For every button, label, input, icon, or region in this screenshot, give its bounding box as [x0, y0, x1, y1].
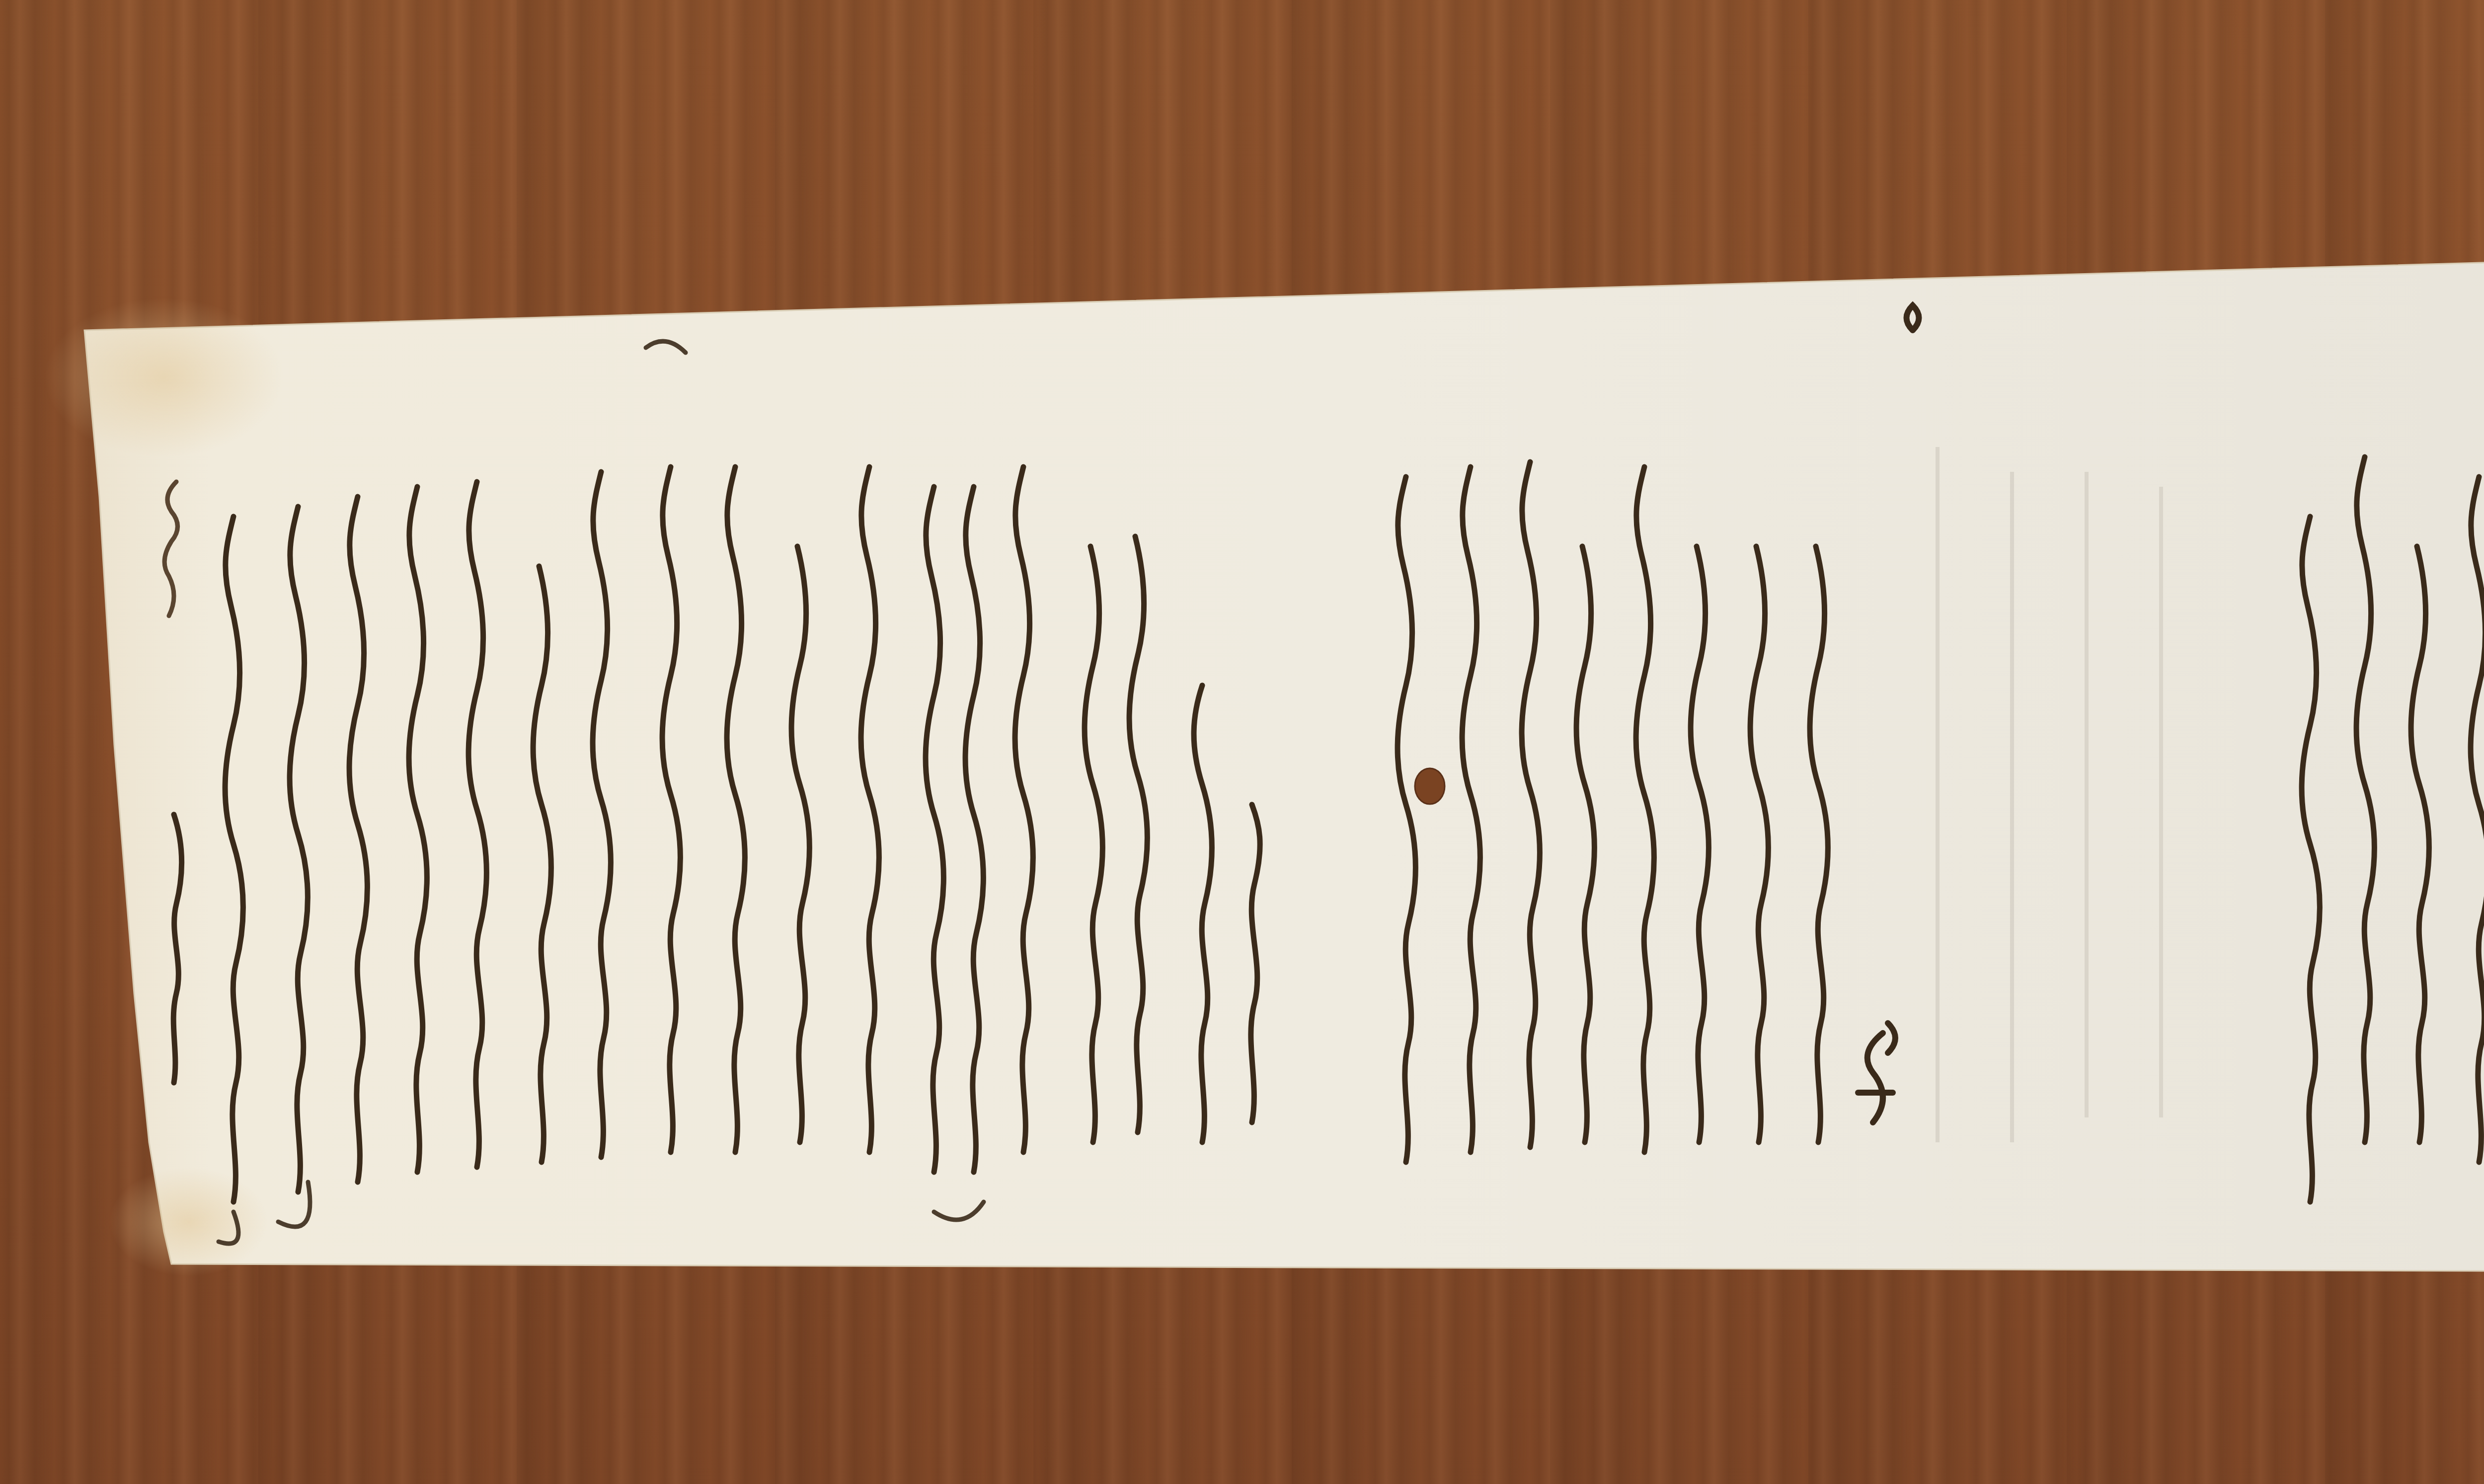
paper-stain-bottom — [109, 1167, 268, 1276]
manuscript-svg — [0, 0, 2484, 1484]
paper-stain — [45, 298, 283, 457]
paper-hole — [1415, 768, 1445, 804]
manuscript-page — [0, 0, 2484, 1484]
paper-sheet — [84, 258, 2484, 1271]
